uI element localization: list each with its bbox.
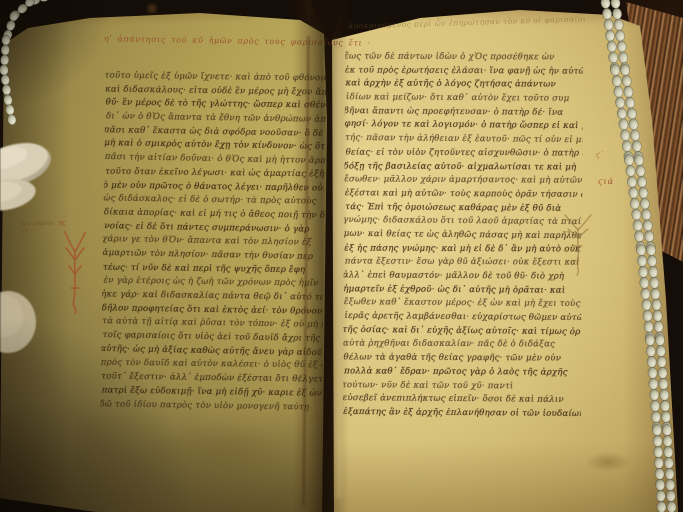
- manuscript-text-line: ἐξαπάτης ἂν ἐξ ἀρχῆς ἐπλανήθησαν οἱ τῶν …: [343, 407, 581, 423]
- manuscript-text-line: μων· καὶ θείας τε ὡς ἀληθῶς πάσας μὴ καὶ…: [344, 229, 582, 245]
- foliate-ornament-left: [63, 230, 87, 314]
- right-page-text-block: ἕως τῶν δὲ πάντων ἰδὼν ὁ χῸς προσέθηκε ὧ…: [343, 51, 584, 423]
- manuscript-text-line: τής· πᾶσαν τὴν ἀλήθειαν ἐξ ἑαυτοῦ· πῶς τ…: [345, 133, 583, 149]
- quire-flourish: [311, 388, 325, 424]
- manuscript-text-line: πάντα ἔξεστιν· ἔσω γὰρ θῦ ἀξιώσει· οὐκ ἔ…: [345, 257, 583, 272]
- manuscript-text-line: ἐξέσται καὶ μὴ αὐτῶν· τοὺς καρποὺς ὁρᾶν …: [345, 188, 583, 203]
- parchment-stain: [146, 3, 158, 14]
- manuscript-text-line: ἐξ ἧς πάσης γνώμης· καὶ μὴ εἰ δὲ δ᾿ ἂν μ…: [344, 243, 582, 258]
- parchment-stain: [150, 420, 300, 475]
- manuscript-text-line: αὐτὰ ῥηχθῆναι διδασκαλίαν· πᾶς δὲ ὁ διδά…: [343, 339, 581, 354]
- manuscript-text-line: θείας· εἰ τὸν υἱὸν ζητοῦντες αἰσχυνθῶσιν…: [346, 147, 584, 162]
- manuscript-text-line: δῶ τοῦ ἰδίου πατρὸς τὸν υἱὸν μονογενῆ τα…: [100, 399, 320, 416]
- manuscript-photograph: ἀποκρινόμενος περὶ ὧν ἐπηρώτησαν τὸν κῡ …: [0, 0, 683, 512]
- left-margin-red-mark: ηϛ: [58, 219, 66, 227]
- gutter-fold-highlight: [336, 48, 342, 498]
- chapter-number-red: ϛιά: [598, 177, 614, 186]
- manuscript-text-line: ἰδίων καὶ μείζων· ὅτι καθ᾿ αὑτὸν ἔχει το…: [346, 92, 583, 107]
- manuscript-text-line: ἕως τῶν δὲ πάντων ἰδὼν ὁ χῸς προσέθηκε ὧ…: [344, 52, 582, 67]
- foliate-ornament-right: [563, 214, 593, 276]
- right-margin-red-mark: ϛ´: [596, 151, 603, 159]
- parchment-stain: [585, 452, 631, 472]
- manuscript-text-line: θέλων τὰ ἀγαθὰ τῆς θείας γραφῆς· τῶν μὲν…: [344, 353, 582, 368]
